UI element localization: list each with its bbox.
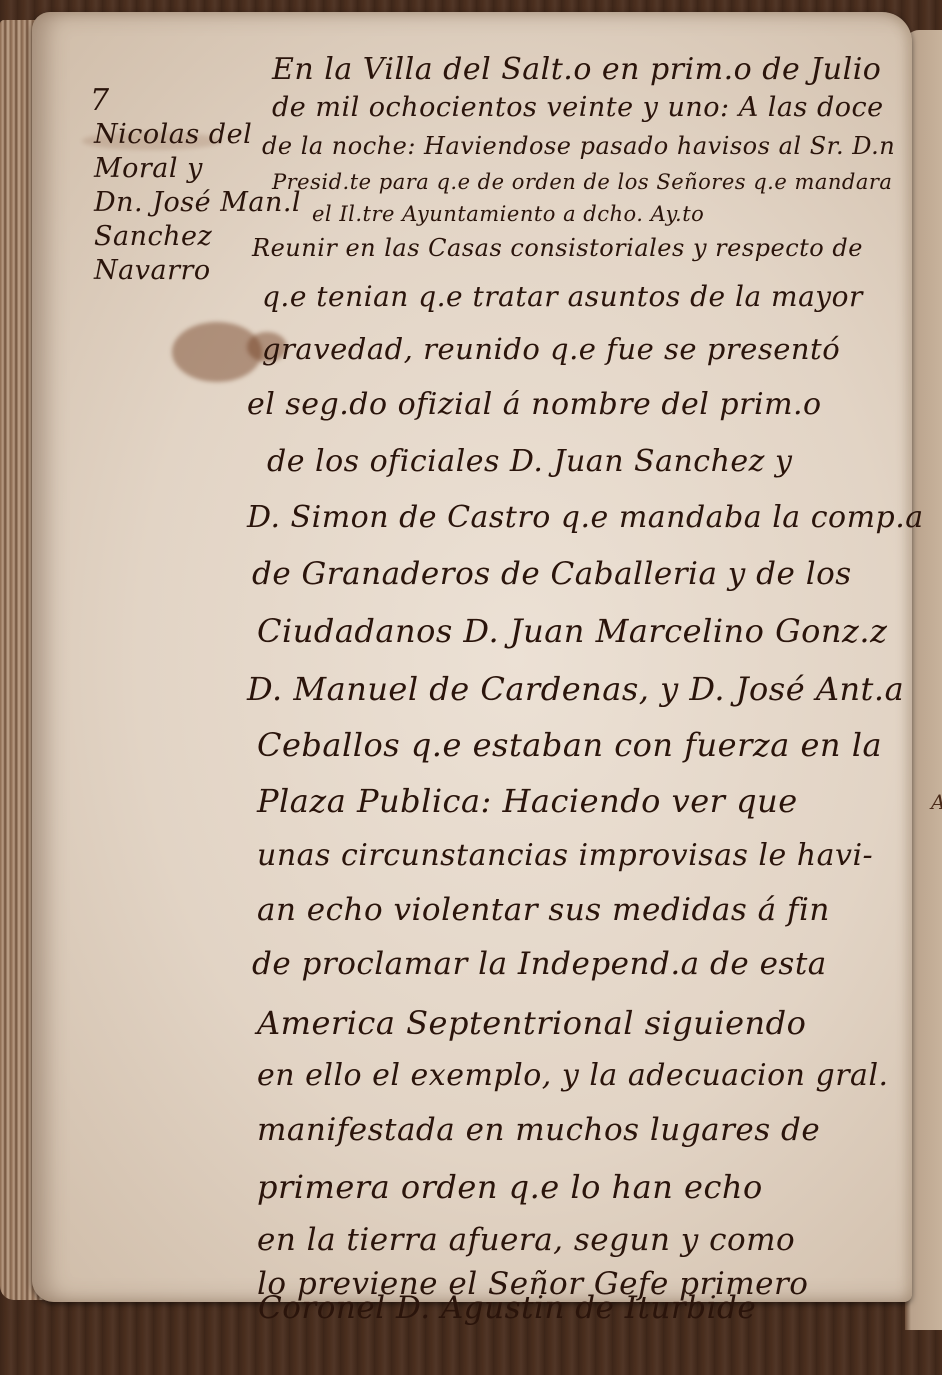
text-line: unas circunstancias improvisas le havi-	[257, 838, 873, 873]
text-line: Coronel D. Agustin de Iturbide	[258, 1290, 756, 1326]
text-line: de la noche: Haviendose pasado havisos a…	[262, 132, 895, 160]
text-line: Plaza Publica: Haciendo ver que	[257, 782, 798, 820]
facing-page-fragment: A	[931, 790, 942, 814]
text-line: q.e tenian q.e tratar asuntos de la mayo…	[262, 280, 863, 313]
text-line: de proclamar la Independ.a de esta	[252, 946, 827, 982]
text-line: de mil ochocientos veinte y uno: A las d…	[272, 92, 884, 123]
text-line: Reunir en las Casas consistoriales y res…	[252, 234, 863, 262]
margin-note-line: Dn. José Man.l	[94, 186, 301, 220]
entry-number: 7	[90, 84, 301, 118]
manuscript-page: 7 Nicolas del Moral y Dn. José Man.l San…	[32, 12, 912, 1302]
text-line: D. Manuel de Cardenas, y D. José Ant.a	[247, 670, 904, 708]
text-line: Ciudadanos D. Juan Marcelino Gonz.z	[257, 612, 887, 650]
text-line: an echo violentar sus medidas á fin	[257, 892, 830, 928]
text-line: en la tierra afuera, segun y como	[257, 1222, 795, 1258]
text-line: D. Simon de Castro q.e mandaba la comp.a	[247, 500, 924, 535]
text-line: Ceballos q.e estaban con fuerza en la	[257, 726, 882, 764]
text-line: de los oficiales D. Juan Sanchez y	[267, 444, 792, 479]
text-line: manifestada en muchos lugares de	[257, 1112, 820, 1148]
text-line: gravedad, reunido q.e fue se presentó	[262, 332, 840, 366]
text-line: En la Villa del Salt.o en prim.o de Juli…	[272, 52, 881, 87]
text-line: el Il.tre Ayuntamiento a dcho. Ay.to	[312, 202, 704, 226]
text-line: de Granaderos de Caballeria y de los	[252, 556, 852, 592]
text-line: primera orden q.e lo han echo	[257, 1168, 763, 1206]
text-line: el seg.do ofizial á nombre del prim.o	[247, 387, 822, 422]
text-line: Presid.te para q.e de orden de los Señor…	[272, 170, 892, 194]
text-line: en ello el exemplo, y la adecuacion gral…	[257, 1058, 889, 1093]
text-line: America Septentrional siguiendo	[257, 1004, 806, 1042]
